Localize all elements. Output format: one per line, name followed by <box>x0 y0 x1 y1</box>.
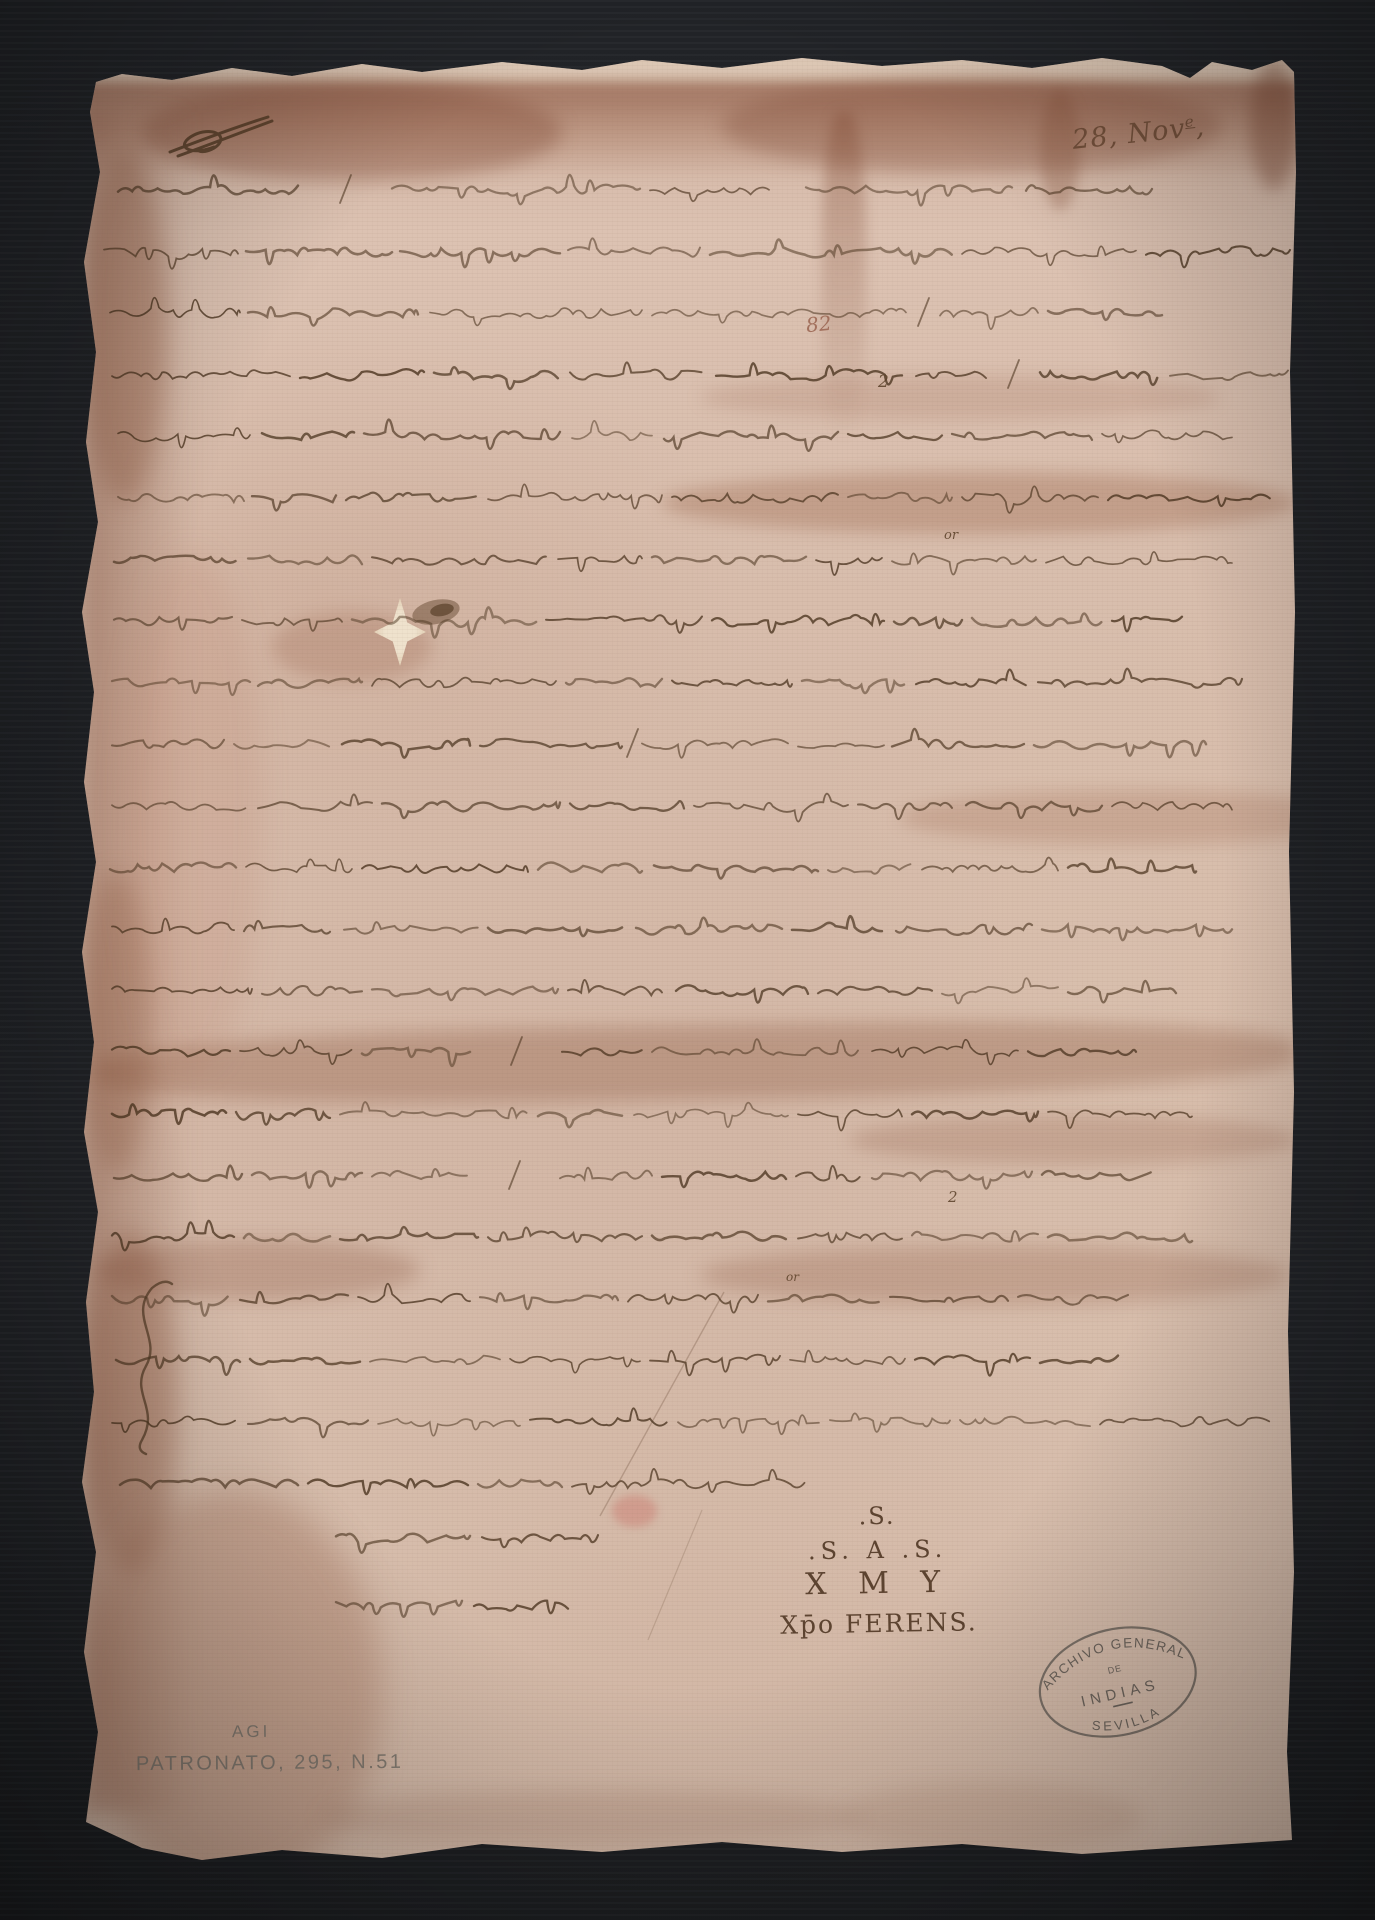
signature-line-1: .S. <box>755 1500 999 1532</box>
stain <box>82 52 1298 86</box>
pencil-reference-signature: PATRONATO, 295, N.51 <box>136 1751 404 1776</box>
stain <box>95 1240 420 1300</box>
stain <box>900 790 1370 845</box>
manuscript-photo: 822or2or 28, Nove, .S. .S. A .S. X M Y X… <box>0 0 1375 1920</box>
stain <box>700 1245 1290 1305</box>
columbus-signature-block: .S. .S. A .S. X M Y Xp̄o FERENS. <box>755 1500 1001 1640</box>
stain <box>82 872 152 1172</box>
stain <box>82 112 192 1812</box>
stain <box>612 1495 657 1527</box>
stain <box>842 1782 1142 1852</box>
stain <box>122 552 262 1072</box>
stain <box>272 612 432 682</box>
stain <box>1250 60 1298 190</box>
stain <box>142 82 562 182</box>
signature-line-4: Xp̄o FERENS. <box>757 1607 1001 1640</box>
stain <box>82 1232 177 1572</box>
stain <box>822 112 866 442</box>
stain <box>320 1790 860 1845</box>
stain <box>850 1115 1298 1165</box>
pencil-reference-agi: AGI <box>232 1722 270 1742</box>
stain <box>94 1015 1298 1111</box>
stain <box>82 152 167 502</box>
stain <box>662 472 1298 534</box>
stamp-de-text: DE <box>1107 1663 1123 1676</box>
stain <box>82 1490 382 1890</box>
manuscript-paper <box>82 52 1298 1862</box>
signature-line-2: .S. A .S. <box>755 1534 999 1566</box>
paper-patch <box>374 598 426 666</box>
signature-line-3: X M Y <box>756 1564 1001 1603</box>
stain <box>700 375 1220 420</box>
paper-texture <box>82 52 1298 1862</box>
